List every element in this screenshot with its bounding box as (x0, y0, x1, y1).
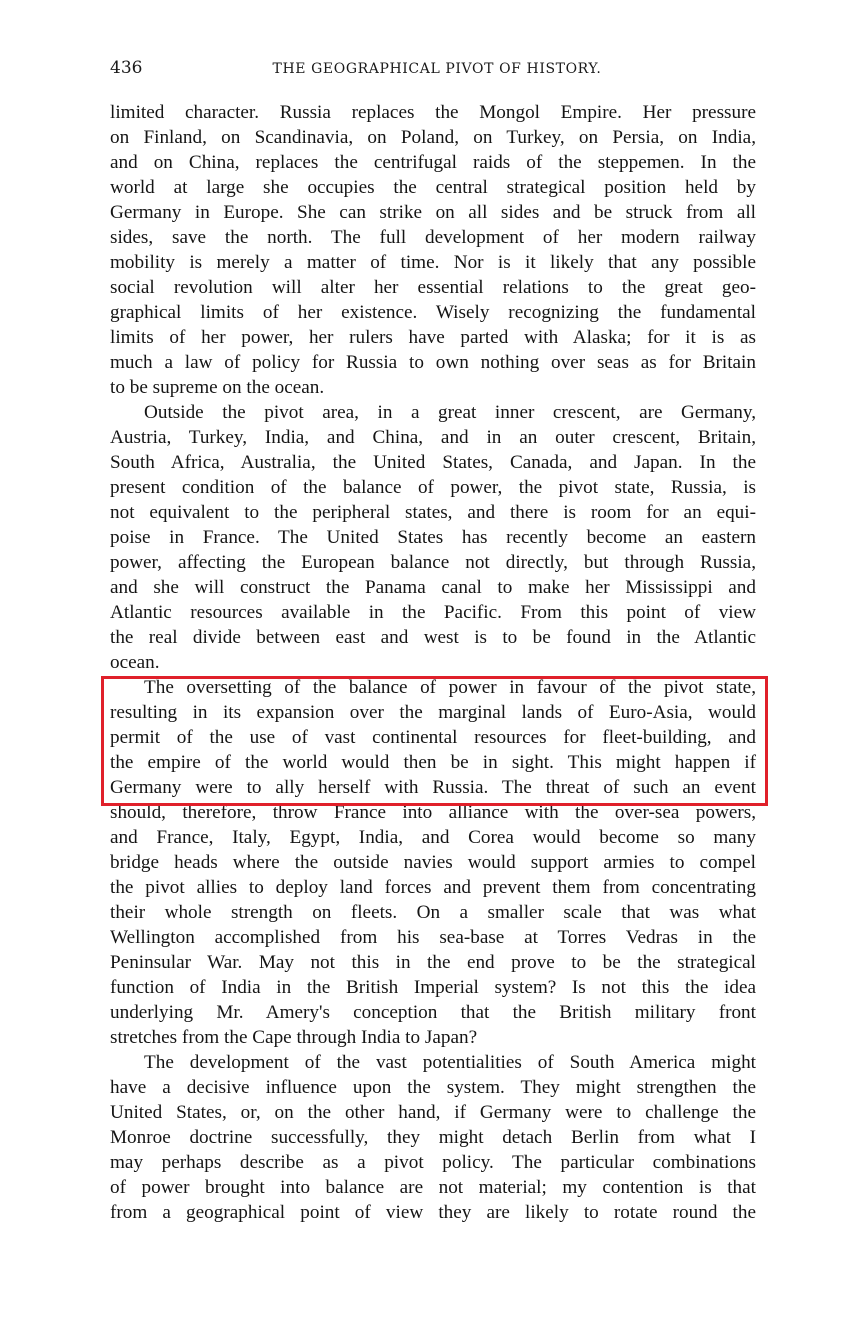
text-line: ocean. (110, 650, 756, 675)
text-line: poise in France. The United States has r… (110, 525, 756, 550)
text-line: from a geographical point of view they a… (110, 1200, 756, 1225)
text-line: limited character. Russia replaces the M… (110, 100, 756, 125)
text-line: Outside the pivot area, in a great inner… (110, 400, 756, 425)
text-line: Peninsular War. May not this in the end … (110, 950, 756, 975)
text-line: their whole strength on fleets. On a sma… (110, 900, 756, 925)
text-line: the real divide between east and west is… (110, 625, 756, 650)
text-line: not equivalent to the peripheral states,… (110, 500, 756, 525)
text-line: stretches from the Cape through India to… (110, 1025, 756, 1050)
text-line: United States, or, on the other hand, if… (110, 1100, 756, 1125)
text-line: The development of the vast potentialiti… (110, 1050, 756, 1075)
text-line: function of India in the British Imperia… (110, 975, 756, 1000)
highlighted-text-line: resulting in its expansion over the marg… (110, 700, 756, 725)
text-line: and she will construct the Panama canal … (110, 575, 756, 600)
text-line: on Finland, on Scandinavia, on Poland, o… (110, 125, 756, 150)
paragraph: limited character. Russia replaces the M… (110, 100, 756, 400)
text-line: much a law of policy for Russia to own n… (110, 350, 756, 375)
running-title: THE GEOGRAPHICAL PIVOT OF HISTORY. (110, 61, 758, 77)
text-line: sides, save the north. The full developm… (110, 225, 756, 250)
text-line: may perhaps describe as a pivot policy. … (110, 1150, 756, 1175)
text-line: Monroe doctrine successfully, they might… (110, 1125, 756, 1150)
paragraph: The development of the vast potentialiti… (110, 1050, 756, 1225)
text-line: power, affecting the European balance no… (110, 550, 756, 575)
text-line: of power brought into balance are not ma… (110, 1175, 756, 1200)
text-line: Austria, Turkey, India, and China, and i… (110, 425, 756, 450)
text-line: have a decisive influence upon the syste… (110, 1075, 756, 1100)
text-line: graphical limits of her existence. Wisel… (110, 300, 756, 325)
text-line: South Africa, Australia, the United Stat… (110, 450, 756, 475)
highlighted-text-line: The oversetting of the balance of power … (110, 675, 756, 700)
text-line: underlying Mr. Amery's conception that t… (110, 1000, 756, 1025)
text-line: and on China, replaces the centrifugal r… (110, 150, 756, 175)
text-line: world at large she occupies the central … (110, 175, 756, 200)
text-line: should, therefore, throw France into all… (110, 800, 756, 825)
paragraph: The oversetting of the balance of power … (110, 675, 756, 1050)
text-line: limits of her power, her rulers have par… (110, 325, 756, 350)
body-text: limited character. Russia replaces the M… (110, 100, 756, 1225)
text-line: present condition of the balance of powe… (110, 475, 756, 500)
highlighted-text-line: permit of the use of vast continental re… (110, 725, 756, 750)
text-line: Wellington accomplished from his sea-bas… (110, 925, 756, 950)
highlighted-text-line: Germany were to ally herself with Russia… (110, 775, 756, 800)
text-line: Atlantic resources available in the Paci… (110, 600, 756, 625)
text-line: social revolution will alter her essenti… (110, 275, 756, 300)
page-header: 436 THE GEOGRAPHICAL PIVOT OF HISTORY. (110, 58, 758, 82)
text-line: mobility is merely a matter of time. Nor… (110, 250, 756, 275)
text-line: Germany in Europe. She can strike on all… (110, 200, 756, 225)
paragraph: Outside the pivot area, in a great inner… (110, 400, 756, 675)
book-page: 436 THE GEOGRAPHICAL PIVOT OF HISTORY. l… (0, 0, 863, 1326)
highlighted-text-line: the empire of the world would then be in… (110, 750, 756, 775)
text-line: and France, Italy, Egypt, India, and Cor… (110, 825, 756, 850)
text-line: to be supreme on the ocean. (110, 375, 756, 400)
text-line: bridge heads where the outside navies wo… (110, 850, 756, 875)
text-line: the pivot allies to deploy land forces a… (110, 875, 756, 900)
